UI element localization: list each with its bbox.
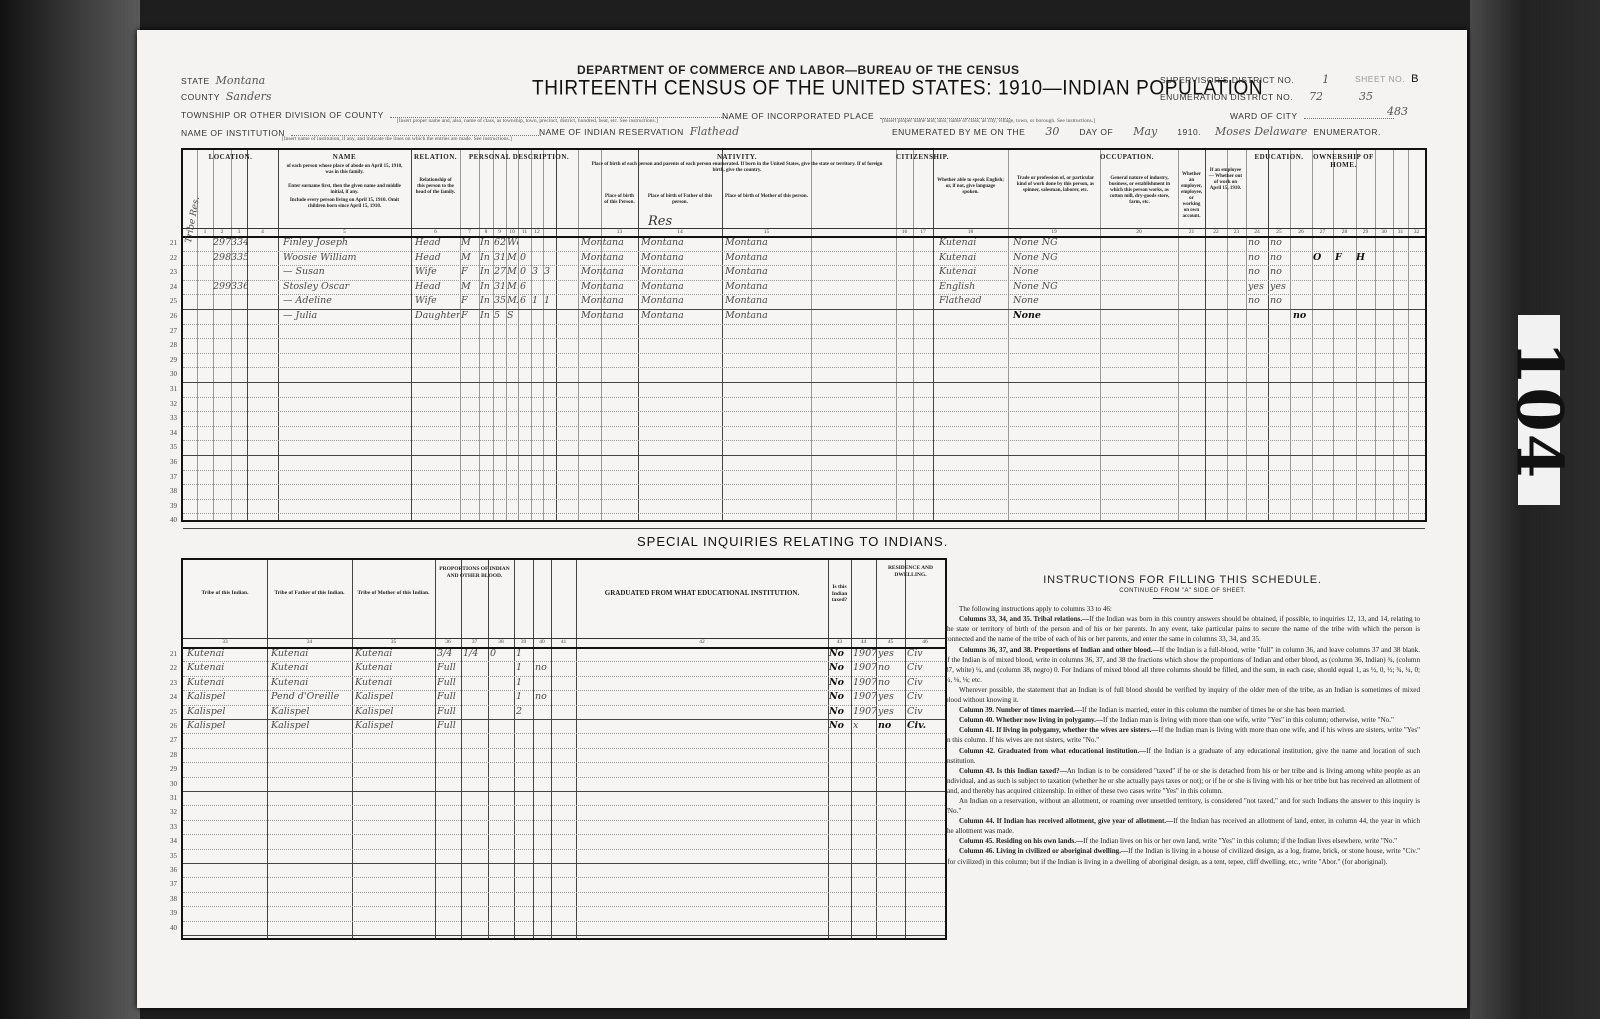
cell-write: no [1270, 266, 1290, 277]
cell-own-lands: no [878, 677, 905, 688]
cell-tribe: Kalispel [187, 720, 267, 731]
cell-tribe-father: Kutenai [271, 677, 352, 688]
cell-birth-mother: Montana [725, 295, 811, 306]
line-number: 22 [157, 664, 177, 672]
cell-dwelling: Civ [907, 662, 945, 673]
special-inquiries-title: SPECIAL INQUIRIES RELATING TO INDIANS. [637, 534, 948, 549]
cell-allotment: 1907 [853, 662, 876, 673]
cell-write: no [1270, 252, 1290, 263]
table-row [183, 484, 1425, 500]
enumerated-month: May [1133, 125, 1157, 138]
cell-times-married: 1 [516, 662, 533, 673]
township-note: [Insert proper name and, also, name of c… [397, 118, 658, 124]
cell-read: no [1248, 266, 1268, 277]
cell-trade: None [1013, 266, 1100, 277]
cell-birth-mother: Montana [725, 281, 811, 292]
cell-dwelling: Civ [907, 691, 945, 702]
instruction-paragraph: Column 39. Number of times married.—If t… [945, 705, 1420, 715]
ward-field: Ward of city [1230, 108, 1394, 121]
instruction-paragraph: Column 41. If living in polygamy, whethe… [945, 725, 1420, 745]
cell-own-lands: yes [878, 691, 905, 702]
cell-birth-father: Montana [641, 266, 722, 277]
column-number: 9 [493, 229, 506, 235]
column-header-birth_person: Place of birth of this Person. [603, 194, 636, 206]
column-number: 26 [1290, 229, 1312, 235]
column-number: 42 [576, 639, 828, 645]
cell-read: no [1248, 237, 1268, 248]
instruction-paragraph: An Indian on a reservation, without an a… [945, 796, 1420, 816]
group-title-relation: RELATION. [411, 150, 460, 161]
cell-sex: F [461, 295, 479, 306]
state-field: State Montana [181, 74, 265, 87]
cell-indian: Full [437, 706, 461, 717]
cell-own-lands: yes [878, 706, 905, 717]
line-number: 32 [157, 808, 177, 816]
column-number: 44 [851, 639, 876, 645]
cell-read: no [1248, 252, 1268, 263]
column-header-tribe_mother: Tribe of Mother of this Indian. [354, 590, 433, 597]
cell-tribe-father: Kutenai [271, 662, 352, 673]
enumeration-date-field: Enumerated by me on the 30 day of May 19… [892, 125, 1381, 138]
cell-birth-person: Montana [581, 281, 638, 292]
column-number: 23 [1227, 229, 1246, 235]
cell-taxed: No [829, 691, 851, 702]
line-number: 37 [157, 880, 177, 888]
cell-write: yes [1270, 281, 1290, 292]
line-number: 28 [157, 341, 177, 349]
column-number: 40 [533, 639, 551, 645]
state-value: Montana [216, 74, 266, 87]
cell-tribe: Kalispel [187, 706, 267, 717]
cell-dwelling: 298 [213, 252, 231, 263]
cell-tribe: Kalispel [187, 691, 267, 702]
column-number: 13 [601, 229, 638, 235]
cell-indian: Full [437, 691, 461, 702]
reservation-value: Flathead [690, 125, 739, 138]
cell-trade: None [1013, 295, 1100, 306]
line-number: 38 [157, 895, 177, 903]
line-number: 39 [157, 502, 177, 510]
sheet-stamp: 483 [1387, 105, 1408, 118]
cell-race: In [480, 295, 493, 306]
instruction-heading: Column 43. Is this Indian taxed?— [959, 767, 1067, 775]
column-header-nativity_note: Place of birth of each person and parent… [585, 162, 889, 174]
line-number: 23 [157, 679, 177, 687]
enumerated-day: 30 [1045, 125, 1059, 138]
cell-white: 1/4 [463, 648, 488, 659]
line-number: 28 [157, 751, 177, 759]
instructions-panel: INSTRUCTIONS FOR FILLING THIS SCHEDULE. … [945, 575, 1420, 867]
line-number: 34 [157, 837, 177, 845]
table-row [183, 805, 945, 820]
cell-race: In [480, 252, 493, 263]
cell-relation: Wife [415, 266, 460, 277]
table-row [183, 382, 1425, 398]
table-row [183, 849, 945, 864]
cell-name: Woosie William [283, 252, 411, 263]
group-title-occupation: OCCUPATION. [1008, 150, 1246, 161]
cell-write: no [1270, 237, 1290, 248]
table-row [183, 338, 1425, 354]
column-header-language: Whether able to speak English; or, if no… [937, 178, 1004, 196]
group-title-citizenship: CITIZENSHIP. [896, 150, 933, 161]
cell-birth-person: Montana [581, 252, 638, 263]
line-number: 39 [157, 909, 177, 917]
cell-sex: M [461, 252, 479, 263]
cell-marital: Wd [507, 237, 518, 248]
cell-tribe-mother: Kutenai [355, 662, 435, 673]
line-number: 38 [157, 487, 177, 495]
supervisor-district-field: Supervisor's District No. 1 [1160, 73, 1329, 86]
column-header-employer: Whether an employer, employee, or workin… [1181, 172, 1202, 220]
cell-dwelling: Civ [907, 648, 945, 659]
table-row [183, 513, 1425, 529]
group-title-personal: PERSONAL DESCRIPTION. [460, 150, 578, 161]
cell-birth-father: Montana [641, 252, 722, 263]
column-number: 36 [435, 639, 461, 645]
cell-marital: M2 [507, 295, 518, 306]
cell-birth-mother: Montana [725, 237, 811, 248]
cell-birth-mother: Montana [725, 266, 811, 277]
column-number: 17 [913, 229, 933, 235]
table-row [183, 367, 1425, 383]
cell-read: yes [1248, 281, 1268, 292]
cell-trade: None NG [1013, 281, 1100, 292]
cell-allotment: x [853, 720, 876, 731]
table-row [183, 353, 1425, 369]
line-number: 30 [157, 370, 177, 378]
line-number: 29 [157, 356, 177, 364]
table-row [183, 777, 945, 792]
cell-sex: F [461, 266, 479, 277]
instructions-title: INSTRUCTIONS FOR FILLING THIS SCHEDULE. [945, 575, 1420, 585]
cell-free: F [1335, 252, 1356, 263]
line-number: 21 [157, 239, 177, 247]
column-number: 46 [905, 639, 945, 645]
cell-allotment: 1907 [853, 677, 876, 688]
cell-tribe: Kutenai [187, 648, 267, 659]
scan-border-right [1470, 0, 1600, 1019]
column-header-tribe_father: Tribe of Father of this Indian. [269, 590, 350, 597]
line-number: 25 [157, 708, 177, 716]
instruction-paragraph: Column 42. Graduated from what education… [945, 746, 1420, 766]
cell-marital: M1 [507, 281, 518, 292]
cell-name: Finley Joseph [283, 237, 411, 248]
column-number: 8 [479, 229, 493, 235]
column-number: 28 [1333, 229, 1356, 235]
cell-name: — Julia [283, 310, 411, 321]
instruction-body: Wherever possible, the statement that an… [945, 686, 1420, 704]
column-number: 3 [231, 229, 247, 235]
special-inquiries-table: Tribe of this Indian.Tribe of Father of … [181, 558, 947, 940]
column-header-residence_group: RESIDENCE AND DWELLING. [878, 565, 943, 578]
cell-years-married: 6 [520, 295, 531, 306]
column-number: 34 [267, 639, 352, 645]
cell-dwelling: 299 [213, 281, 231, 292]
column-header-taxed: Is this Indian taxed? [830, 584, 849, 604]
column-number: 38 [488, 639, 514, 645]
cell-age: 35 [494, 295, 506, 306]
instruction-heading: Column 41. If living in polygamy, whethe… [959, 726, 1158, 734]
cell-dwelling: Civ [907, 677, 945, 688]
instruction-body: If the Indian man is living with more th… [1103, 716, 1394, 724]
instruction-body: If the Indian is married, enter in this … [1082, 706, 1346, 714]
cell-birth-person: Montana [581, 310, 638, 321]
column-header-birth_father: Place of birth of Father of this person. [640, 194, 720, 206]
column-number: 20 [1100, 229, 1178, 235]
instruction-body: An Indian on a reservation, without an a… [945, 797, 1420, 815]
line-number: 24 [157, 283, 177, 291]
cell-relation: Head [415, 237, 460, 248]
cell-allotment: 1907 [853, 691, 876, 702]
line-number: 25 [157, 297, 177, 305]
table-row [183, 733, 945, 748]
group-title-ownership: OWNERSHIP OF HOME. [1312, 150, 1375, 169]
column-header-graduated: GRADUATED FROM WHAT EDUCATIONAL INSTITUT… [578, 590, 826, 597]
cell-living: 3 [544, 266, 556, 277]
column-number: 29 [1356, 229, 1375, 235]
cell-age: 31 [494, 252, 506, 263]
cell-marital: M1 [507, 252, 518, 263]
cell-race: In [480, 237, 493, 248]
cell-indian: 3/4 [437, 648, 461, 659]
table-row [183, 499, 1425, 515]
cell-age: 62 [494, 237, 506, 248]
table-row [183, 834, 945, 849]
group-title-name: NAME [278, 150, 411, 161]
column-number: 32 [1408, 229, 1425, 235]
cell-years-married: 0 [520, 266, 531, 277]
cell-own-lands: no [878, 720, 905, 731]
table-row [183, 791, 945, 806]
cell-name: — Adeline [283, 295, 411, 306]
cell-tribe: Kutenai [187, 677, 267, 688]
cell-taxed: No [829, 720, 851, 731]
county-field: County Sanders [181, 90, 272, 103]
instruction-heading: Column 46. Living in civilized or aborig… [959, 847, 1128, 855]
line-number: 26 [157, 722, 177, 730]
cell-living: 1 [544, 295, 556, 306]
column-number: 35 [352, 639, 435, 645]
column-header-trade: Trade or profession of, or particular ki… [1015, 176, 1096, 194]
cell-age: 27 [494, 266, 506, 277]
column-number: 11 [518, 229, 531, 235]
line-number: 37 [157, 473, 177, 481]
cell-family: 334 [231, 237, 247, 248]
cell-birth-person: Montana [581, 237, 638, 248]
cell-times-married: 1 [516, 648, 533, 659]
line-number: 34 [157, 429, 177, 437]
cell-dwelling: 297 [213, 237, 231, 248]
cell-birth-mother: Montana [725, 252, 811, 263]
line-number: 40 [157, 924, 177, 932]
column-number: 45 [876, 639, 905, 645]
instruction-heading: Column 44. If Indian has received allotm… [959, 817, 1173, 825]
table-row [183, 748, 945, 763]
cell-born: 1 [532, 295, 543, 306]
cell-tribe-father: Kalispel [271, 706, 352, 717]
cell-sex: F [461, 310, 479, 321]
census-sheet: DEPARTMENT OF COMMERCE AND LABOR—BUREAU … [137, 30, 1467, 1008]
cell-times-married: 1 [516, 691, 533, 702]
group-title-location: LOCATION. [183, 150, 278, 161]
column-header-relation: Relationship of this person to the head … [415, 178, 456, 196]
cell-taxed: No [829, 677, 851, 688]
table-row [183, 470, 1425, 486]
line-number: 36 [157, 866, 177, 874]
department-heading: DEPARTMENT OF COMMERCE AND LABOR—BUREAU … [577, 63, 1020, 77]
cell-birth-person: Montana [581, 295, 638, 306]
cell-age: 31 [494, 281, 506, 292]
line-number: 33 [157, 823, 177, 831]
cell-age: 5 [494, 310, 506, 321]
cell-taxed: No [829, 662, 851, 673]
cell-tribe-mother: Kutenai [355, 677, 435, 688]
cell-birth-father: Montana [641, 281, 722, 292]
cell-years-married: 0 [520, 252, 531, 263]
table-row [183, 397, 1425, 413]
cell-tribe-father: Pend d'Oreille [271, 691, 352, 702]
instruction-heading: Column 40. Whether now living in polygam… [959, 716, 1103, 724]
cell-taxed: No [829, 648, 851, 659]
column-number: 31 [1393, 229, 1408, 235]
column-number: 30 [1375, 229, 1393, 235]
cell-born: 3 [532, 266, 543, 277]
instruction-heading: Column 45. Residing on his own lands.— [959, 837, 1083, 845]
sheet-number-field: Sheet No. B [1355, 73, 1419, 85]
column-number: 24 [1246, 229, 1268, 235]
cell-family: 335 [231, 252, 247, 263]
table-row [183, 921, 945, 936]
column-header-birth_mother: Place of birth of Mother of this person. [724, 194, 809, 200]
reservation-field: Name of Indian reservation Flathead [539, 125, 739, 138]
cell-allotment: 1907 [853, 706, 876, 717]
column-number: 41 [551, 639, 576, 645]
column-header-name_note2: Include every person living on April 15,… [285, 198, 404, 210]
column-number: 33 [183, 639, 267, 645]
line-number: 27 [157, 327, 177, 335]
column-number: 37 [461, 639, 488, 645]
line-number: 31 [157, 385, 177, 393]
page-title: THIRTEENTH CENSUS OF THE UNITED STATES: … [532, 77, 1263, 101]
line-number: 30 [157, 780, 177, 788]
cell-indian: Full [437, 720, 461, 731]
column-header-name_note1: Enter surname first, then the given name… [285, 184, 404, 196]
county-value: Sanders [226, 90, 272, 103]
cell-own-lands: yes [878, 648, 905, 659]
cell-birth-father: Montana [641, 237, 722, 248]
line-number: 31 [157, 794, 177, 802]
column-number: 19 [1008, 229, 1100, 235]
line-number: 36 [157, 458, 177, 466]
column-number: 16 [896, 229, 913, 235]
cell-times-married: 2 [516, 706, 533, 717]
column-header-name: of each person whose place of abode on A… [285, 164, 404, 176]
microfilm-frame-number: 104 [1518, 315, 1560, 505]
column-header-industry: General nature of industry, business, or… [1105, 176, 1174, 206]
instruction-paragraph: Column 46. Living in civilized or aborig… [945, 846, 1420, 866]
column-number: 12 [531, 229, 543, 235]
cell-polygamy: no [535, 662, 551, 673]
cell-owned: O [1313, 252, 1333, 263]
cell-race: In [480, 266, 493, 277]
cell-dwelling: Civ [907, 706, 945, 717]
cell-tribe-father: Kalispel [271, 720, 352, 731]
cell-marital: M1 [507, 266, 518, 277]
cell-indian: Full [437, 662, 461, 673]
cell-trade: None NG [1013, 252, 1100, 263]
column-number: 10 [506, 229, 518, 235]
instructions-intro: The following instructions apply to colu… [945, 604, 1420, 614]
cell-sex: M [461, 237, 479, 248]
column-number: 5 [278, 229, 411, 235]
column-header-blood_group: PROPORTIONS OF INDIAN AND OTHER BLOOD. [437, 566, 512, 579]
cell-dwelling: Civ. [907, 720, 945, 731]
line-number: 22 [157, 254, 177, 262]
cell-race: In [480, 310, 493, 321]
cell-tribe-father: Kutenai [271, 648, 352, 659]
cell-own-lands: no [878, 662, 905, 673]
instruction-heading: Columns 33, 34, and 35. Tribal relations… [959, 615, 1089, 623]
table-row [183, 440, 1425, 456]
instruction-paragraph: Column 45. Residing on his own lands.—If… [945, 836, 1420, 846]
cell-write: no [1270, 295, 1290, 306]
line-number: 23 [157, 268, 177, 276]
cell-relation: Head [415, 281, 460, 292]
table-row [183, 892, 945, 907]
annotation: Res [648, 214, 672, 229]
table-row [183, 820, 945, 835]
instructions-subtitle: CONTINUED FROM "A" SIDE OF SHEET. [945, 586, 1420, 596]
scan-border-left [0, 0, 140, 1019]
cell-race: In [480, 281, 493, 292]
cell-years-married: 6 [520, 281, 531, 292]
instruction-heading: Column 39. Number of times married.— [959, 706, 1082, 714]
instruction-body: If the Indian lives on his or her own la… [1083, 837, 1397, 845]
population-schedule-table: LOCATION.NAMERELATION.PERSONAL DESCRIPTI… [181, 148, 1427, 522]
column-number: 1 [197, 229, 213, 235]
line-number: 35 [157, 443, 177, 451]
table-row [183, 324, 1425, 340]
instruction-paragraph: Column 40. Whether now living in polygam… [945, 715, 1420, 725]
cell-family: 336 [231, 281, 247, 292]
table-row [183, 426, 1425, 442]
cell-language: Kutenai [939, 237, 1008, 248]
enumerator-name: Moses Delaware [1215, 125, 1307, 138]
cell-language: Kutenai [939, 252, 1008, 263]
cell-polygamy: no [535, 691, 551, 702]
cell-name: Stosley Oscar [283, 281, 411, 292]
cell-birth-father: Montana [641, 295, 722, 306]
sheet-number-value: 35 [1359, 90, 1373, 103]
enumeration-district-field: Enumeration District No. 72 [1160, 90, 1323, 103]
instruction-paragraph: Wherever possible, the statement that an… [945, 685, 1420, 705]
instruction-paragraph: Columns 36, 37, and 38. Proportions of I… [945, 645, 1420, 685]
cell-farm: H [1356, 252, 1375, 263]
table-row [183, 762, 945, 777]
divider [1153, 598, 1213, 599]
column-number: 14 [638, 229, 722, 235]
line-number: 24 [157, 693, 177, 701]
cell-name: — Susan [283, 266, 411, 277]
cell-relation: Head [415, 252, 460, 263]
column-number: 43 [828, 639, 851, 645]
institution-note: [Insert name of institution, if any, and… [282, 136, 512, 142]
column-number: 2 [213, 229, 231, 235]
column-number: 22 [1205, 229, 1227, 235]
line-number: 29 [157, 765, 177, 773]
cell-times-married: 1 [516, 677, 533, 688]
